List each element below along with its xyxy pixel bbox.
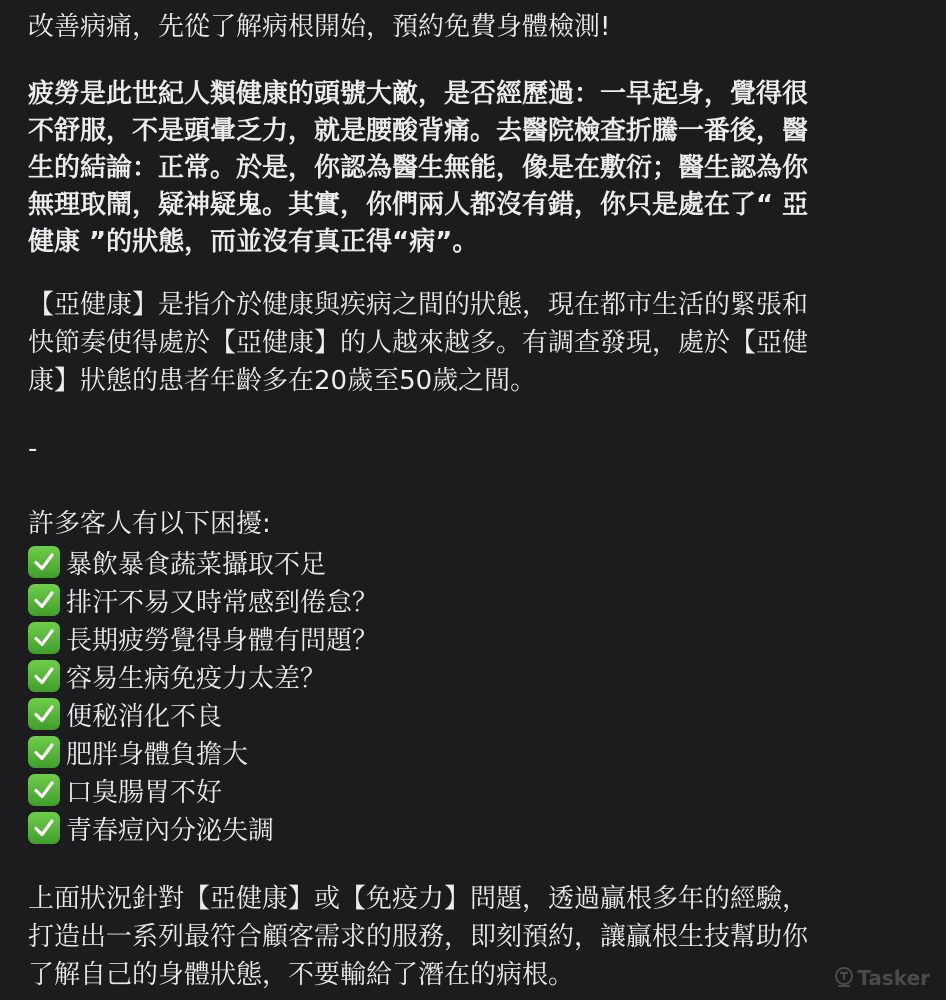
check-box-icon: [28, 660, 60, 692]
post-title: 改善病痛，先從了解病根開始，預約免費身體檢測!: [28, 8, 610, 46]
list-item-label: 青春痘內分泌失調: [66, 810, 274, 847]
closing-paragraph: 上面狀況針對【亞健康】或【免疫力】問題，透過贏根多年的經驗， 打造出一系列最符合…: [28, 880, 918, 994]
list-item: 暴飲暴食蔬菜攝取不足: [28, 543, 378, 581]
concerns-heading: 許多客人有以下困擾:: [28, 505, 271, 543]
list-item: 青春痘內分泌失調: [28, 809, 378, 847]
check-box-icon: [28, 812, 60, 844]
list-item-label: 容易生病免疫力太差？: [66, 658, 326, 695]
check-box-icon: [28, 584, 60, 616]
check-box-icon: [28, 546, 60, 578]
list-item: 排汗不易又時常感到倦怠？: [28, 581, 378, 619]
list-item-label: 長期疲勞覺得身體有問題？: [66, 620, 378, 657]
list-item: 容易生病免疫力太差？: [28, 657, 378, 695]
subhealth-line: 快節奏使得處於【亞健康】的人越來越多。有調查發現，處於【亞健: [28, 324, 918, 362]
list-item: 便秘消化不良: [28, 695, 378, 733]
check-box-icon: [28, 698, 60, 730]
subhealth-paragraph: 【亞健康】是指介於健康與疾病之間的狀態，現在都市生活的緊張和 快節奏使得處於【亞…: [28, 286, 918, 400]
intro-line: 無理取鬧，疑神疑鬼。其實，你們兩人都沒有錯，你只是處在了“ 亞: [28, 187, 918, 224]
list-item-label: 便秘消化不良: [66, 696, 222, 733]
intro-line: 疲勞是此世紀人類健康的頭號大敵，是否經歷過：一早起身，覺得很: [28, 76, 918, 113]
list-item-label: 口臭腸胃不好: [66, 772, 222, 809]
tasker-watermark: Tasker: [834, 966, 930, 990]
list-item-label: 肥胖身體負擔大: [66, 734, 248, 771]
check-box-icon: [28, 736, 60, 768]
closing-line: 上面狀況針對【亞健康】或【免疫力】問題，透過贏根多年的經驗，: [28, 880, 918, 918]
subhealth-line: 【亞健康】是指介於健康與疾病之間的狀態，現在都市生活的緊張和: [28, 286, 918, 324]
list-item: 口臭腸胃不好: [28, 771, 378, 809]
watermark-text: Tasker: [857, 966, 930, 990]
closing-line: 打造出一系列最符合顧客需求的服務，即刻預約，讓贏根生技幫助你: [28, 918, 918, 956]
closing-line: 了解自己的身體狀態，不要輸給了潛在的病根。: [28, 956, 918, 994]
subhealth-line: 康】狀態的患者年齡多在20歲至50歲之間。: [28, 362, 918, 400]
check-box-icon: [28, 774, 60, 806]
list-item-label: 暴飲暴食蔬菜攝取不足: [66, 544, 326, 581]
tasker-logo-icon: [834, 967, 854, 989]
intro-line: 健康 ”的狀態，而並沒有真正得“病”。: [28, 224, 918, 261]
concerns-list: 暴飲暴食蔬菜攝取不足 排汗不易又時常感到倦怠？ 長期疲勞覺得身體有問題？ 容易生…: [28, 543, 378, 847]
check-box-icon: [28, 622, 60, 654]
intro-paragraph: 疲勞是此世紀人類健康的頭號大敵，是否經歷過：一早起身，覺得很 不舒服，不是頭暈乏…: [28, 76, 918, 261]
separator-dash: -: [28, 430, 37, 468]
list-item: 肥胖身體負擔大: [28, 733, 378, 771]
intro-line: 生的結論：正常。於是，你認為醫生無能，像是在敷衍；醫生認為你: [28, 150, 918, 187]
intro-line: 不舒服，不是頭暈乏力，就是腰酸背痛。去醫院檢查折騰一番後，醫: [28, 113, 918, 150]
list-item: 長期疲勞覺得身體有問題？: [28, 619, 378, 657]
list-item-label: 排汗不易又時常感到倦怠？: [66, 582, 378, 619]
